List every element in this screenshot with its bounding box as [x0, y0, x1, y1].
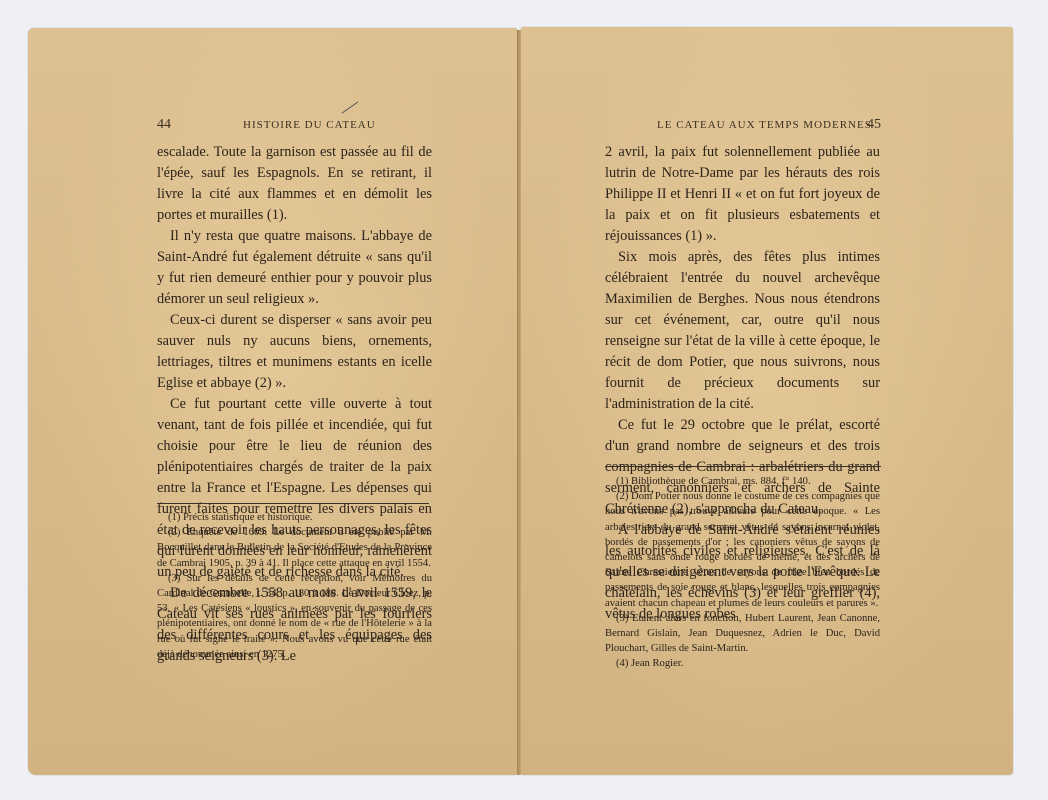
paragraph: 2 avril, la paix fut solennellement publ… — [605, 142, 880, 247]
footnote: (1) Bibliothèque de Cambrai, ms. 884, f°… — [605, 474, 880, 489]
paragraph: Six mois après, des fêtes plus intimes c… — [605, 247, 880, 415]
footnote-rule — [605, 466, 881, 467]
left-footnotes: (1) Précis statistique et historique. (2… — [157, 510, 432, 662]
paragraph: Il n'y resta que quatre maisons. L'abbay… — [157, 226, 432, 310]
paragraph: escalade. Toute la garnison est passée a… — [157, 142, 432, 226]
paragraph: Ceux-ci durent se disperser « sans avoir… — [157, 310, 432, 394]
footnote: (1) Précis statistique et historique. — [157, 510, 432, 525]
right-footnotes: (1) Bibliothèque de Cambrai, ms. 884, f°… — [605, 474, 880, 672]
right-page-number: 45 — [867, 117, 881, 133]
left-page-number: 44 — [157, 117, 171, 133]
right-running-head: LE CATEAU AUX TEMPS MODERNES — [657, 119, 872, 131]
left-running-head: HISTOIRE DU CATEAU — [243, 119, 376, 131]
footnote: (3) Etaient alors en fonction, Hubert La… — [605, 611, 880, 657]
footnote: (2) Enquête de 1609. Le document a été p… — [157, 525, 432, 571]
book-gutter — [517, 30, 521, 775]
footnote: (4) Jean Rogier. — [605, 656, 880, 671]
footnote: (3) Sur les détails de cette réception, … — [157, 571, 432, 662]
footnote: (2) Dom Potier nous donne le costume de … — [605, 489, 880, 611]
footnote-rule — [157, 503, 429, 504]
